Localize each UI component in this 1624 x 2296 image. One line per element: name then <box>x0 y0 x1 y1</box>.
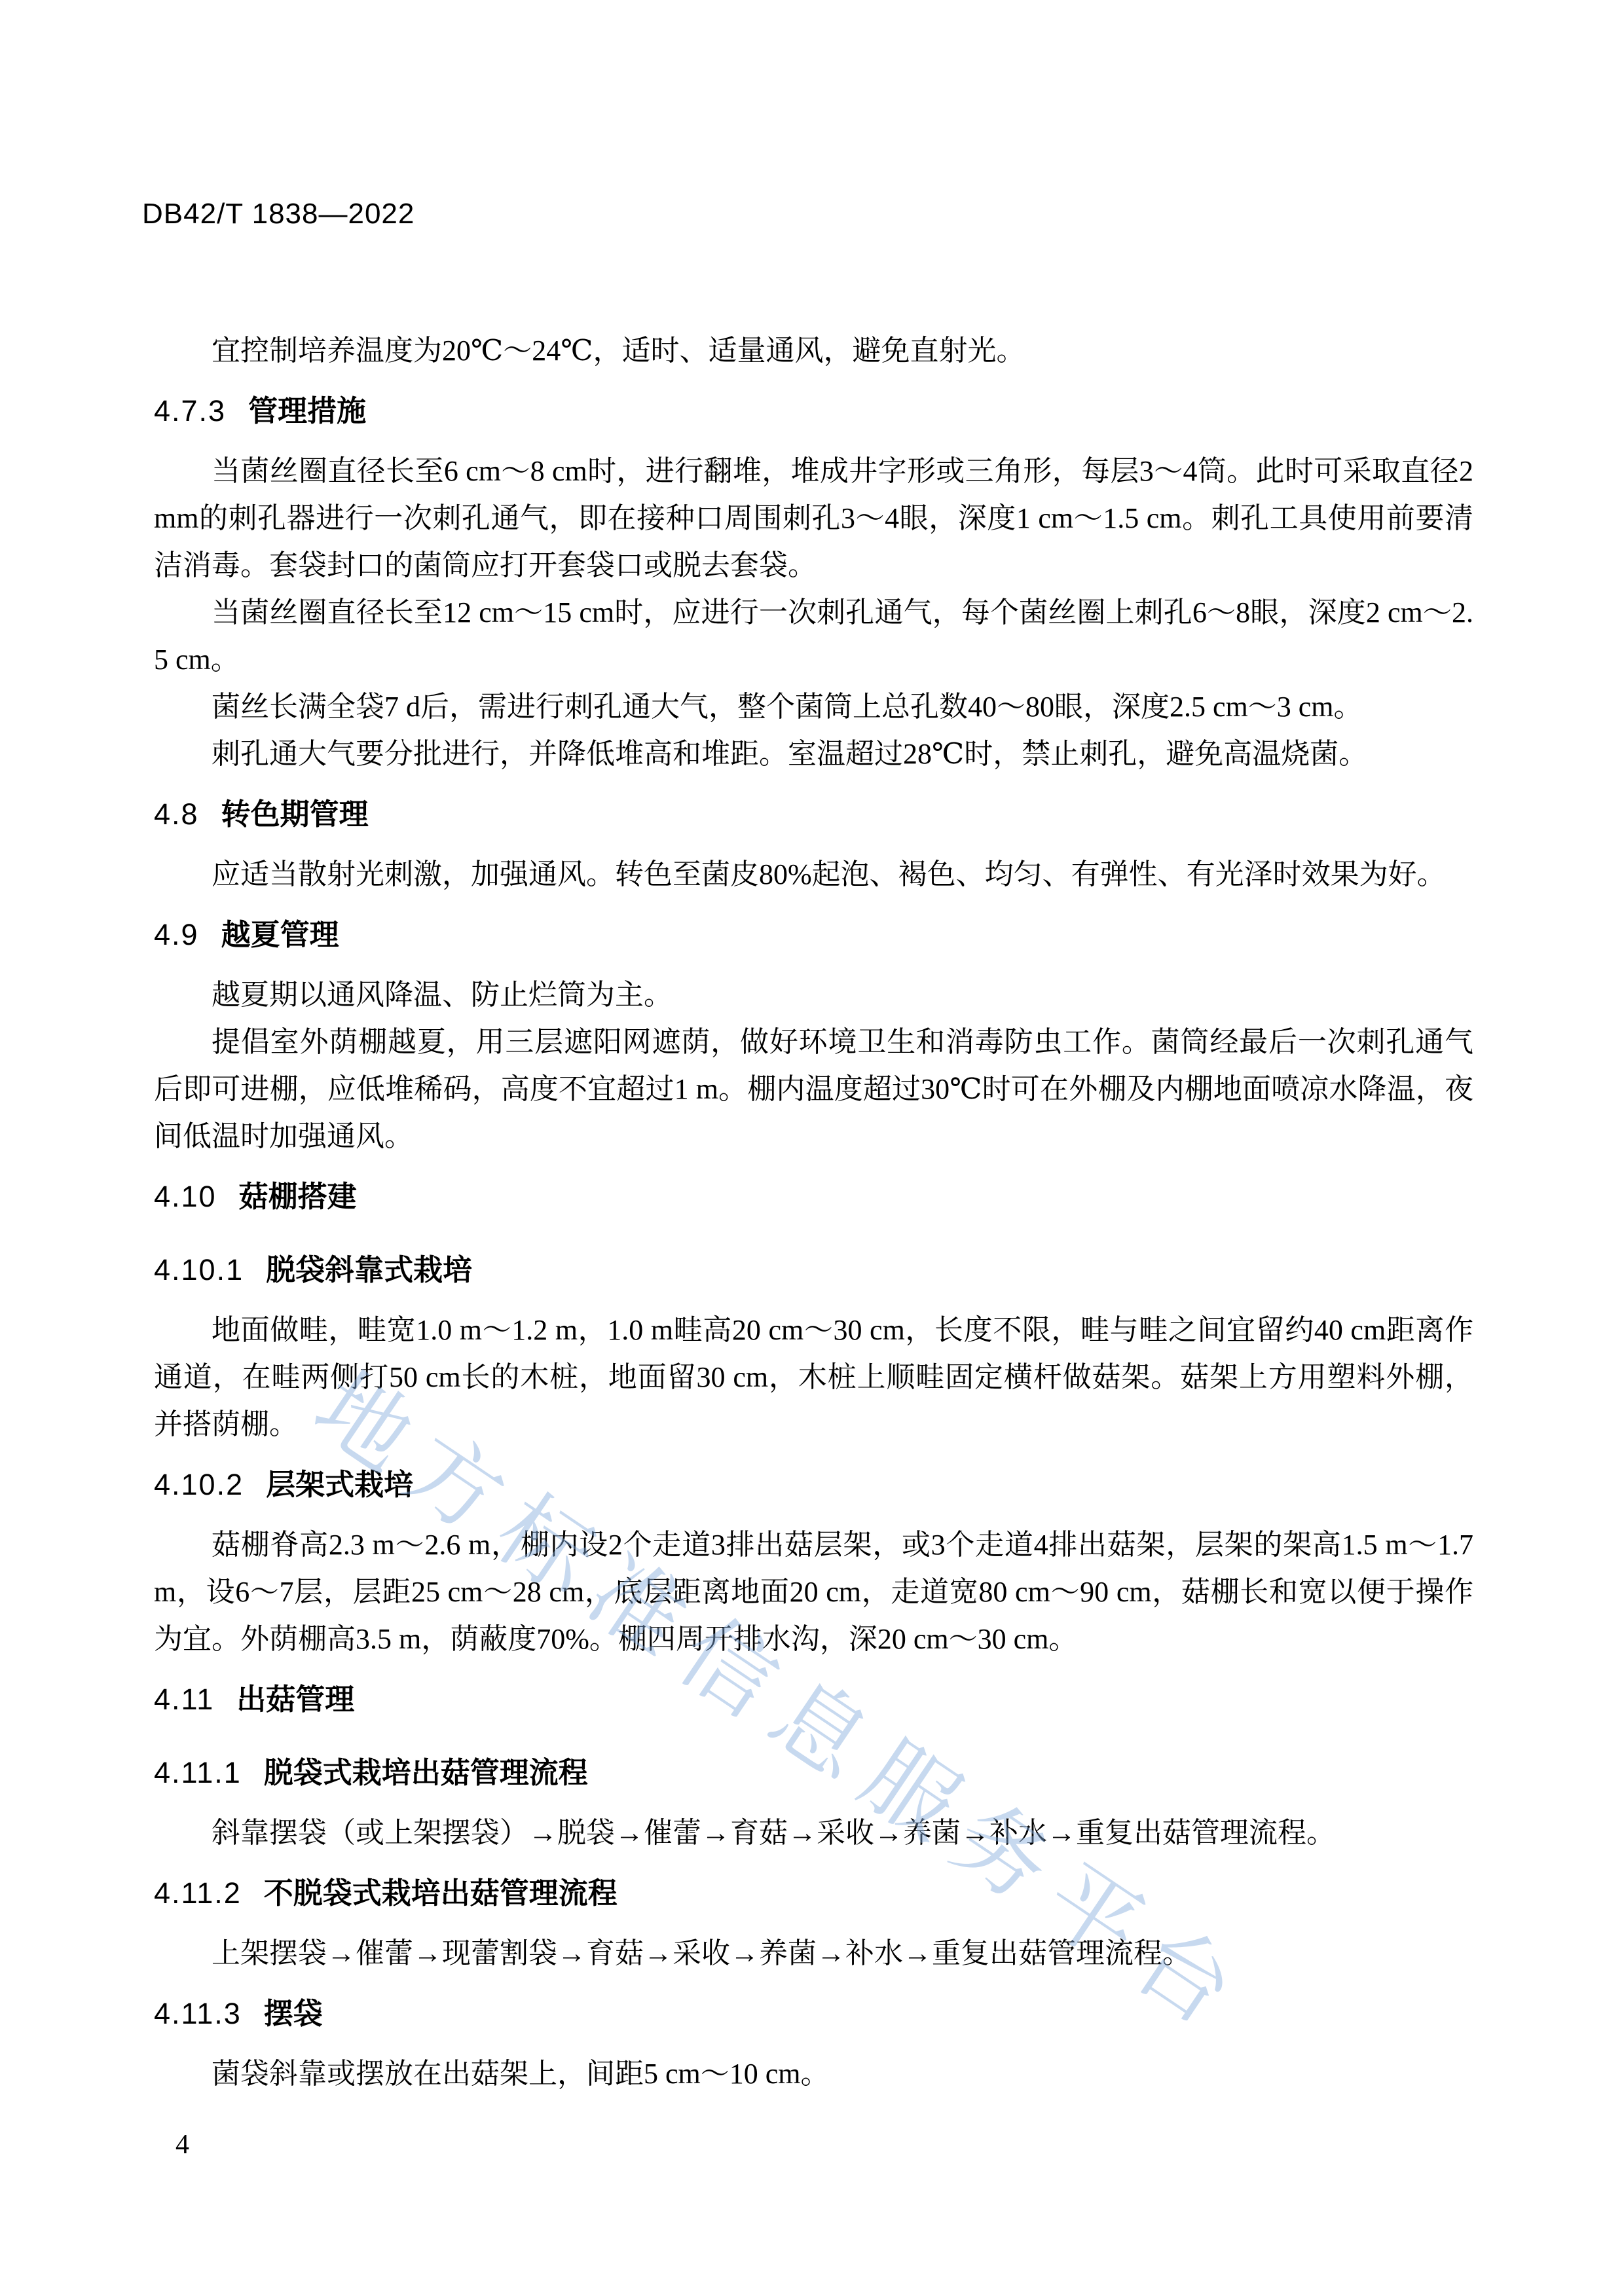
section-heading-4-8: 4.8转色期管理 <box>154 778 1473 851</box>
heading-title: 不脱袋式栽培出菇管理流程 <box>264 1876 618 1910</box>
heading-title: 摆袋 <box>264 1997 323 2030</box>
body-paragraph: 当菌丝圈直径长至12 cm～15 cm时，应进行一次刺孔通气，每个菌丝圈上刺孔6… <box>154 589 1473 683</box>
heading-number: 4.11.3 <box>154 1997 242 2030</box>
heading-number: 4.10 <box>154 1180 217 1213</box>
section-heading-4-11-3: 4.11.3摆袋 <box>154 1977 1473 2050</box>
section-heading-4-11-2: 4.11.2不脱袋式栽培出菇管理流程 <box>154 1857 1473 1930</box>
section-heading-4-9: 4.9越夏管理 <box>154 898 1473 972</box>
heading-title: 出菇管理 <box>236 1683 354 1716</box>
heading-title: 转色期管理 <box>221 797 369 831</box>
body-paragraph: 菌袋斜靠或摆放在出菇架上，间距5 cm～10 cm。 <box>154 2050 1473 2098</box>
body-paragraph: 应适当散射光刺激，加强通风。转色至菌皮80%起泡、褐色、均匀、有弹性、有光泽时效… <box>154 851 1473 898</box>
body-paragraph: 菇棚脊高2.3 m～2.6 m，棚内设2个走道3排出菇层架，或3个走道4排出菇架… <box>154 1522 1473 1663</box>
body-paragraph: 越夏期以通风降温、防止烂筒为主。 <box>154 972 1473 1019</box>
section-heading-4-10-1: 4.10.1脱袋斜靠式栽培 <box>154 1233 1473 1307</box>
heading-title: 脱袋式栽培出菇管理流程 <box>264 1756 588 1789</box>
body-paragraph: 菌丝长满全袋7 d后，需进行刺孔通大气，整个菌筒上总孔数40～80眼，深度2.5… <box>154 683 1473 731</box>
body-paragraph: 上架摆袋→催蕾→现蕾割袋→育菇→采收→养菌→补水→重复出菇管理流程。 <box>154 1930 1473 1977</box>
body-paragraph: 提倡室外荫棚越夏，用三层遮阳网遮荫，做好环境卫生和消毒防虫工作。菌筒经最后一次刺… <box>154 1019 1473 1160</box>
body-paragraph: 宜控制培养温度为20℃～24℃，适时、适量通风，避免直射光。 <box>154 327 1473 374</box>
heading-number: 4.10.1 <box>154 1253 244 1286</box>
body-paragraph: 地面做畦，畦宽1.0 m～1.2 m，1.0 m畦高20 cm～30 cm，长度… <box>154 1307 1473 1448</box>
heading-title: 管理措施 <box>248 394 366 428</box>
section-heading-4-10: 4.10菇棚搭建 <box>154 1160 1473 1233</box>
heading-number: 4.11.2 <box>154 1876 242 1910</box>
heading-number: 4.10.2 <box>154 1468 244 1501</box>
heading-number: 4.11 <box>154 1683 214 1716</box>
heading-title: 层架式栽培 <box>266 1468 413 1501</box>
section-heading-4-11-1: 4.11.1脱袋式栽培出菇管理流程 <box>154 1736 1473 1810</box>
section-heading-4-11: 4.11出菇管理 <box>154 1663 1473 1736</box>
body-paragraph: 斜靠摆袋（或上架摆袋）→脱袋→催蕾→育菇→采收→养菌→补水→重复出菇管理流程。 <box>154 1810 1473 1857</box>
page-number: 4 <box>175 2129 189 2160</box>
body-paragraph: 当菌丝圈直径长至6 cm～8 cm时，进行翻堆，堆成井字形或三角形，每层3～4筒… <box>154 448 1473 589</box>
heading-title: 越夏管理 <box>221 918 339 951</box>
heading-number: 4.7.3 <box>154 394 226 428</box>
document-page: DB42/T 1838—2022 地方标准信息服务平台 宜控制培养温度为20℃～… <box>0 0 1624 2296</box>
heading-title: 脱袋斜靠式栽培 <box>266 1253 472 1286</box>
heading-number: 4.8 <box>154 797 199 831</box>
heading-number: 4.11.1 <box>154 1756 242 1789</box>
standard-code: DB42/T 1838—2022 <box>142 198 415 230</box>
section-heading-4-7-3: 4.7.3管理措施 <box>154 374 1473 448</box>
body-paragraph: 刺孔通大气要分批进行，并降低堆高和堆距。室温超过28℃时，禁止刺孔，避免高温烧菌… <box>154 731 1473 778</box>
document-body: 宜控制培养温度为20℃～24℃，适时、适量通风，避免直射光。 4.7.3管理措施… <box>154 327 1473 2098</box>
heading-number: 4.9 <box>154 918 199 951</box>
heading-title: 菇棚搭建 <box>239 1180 357 1213</box>
section-heading-4-10-2: 4.10.2层架式栽培 <box>154 1448 1473 1522</box>
